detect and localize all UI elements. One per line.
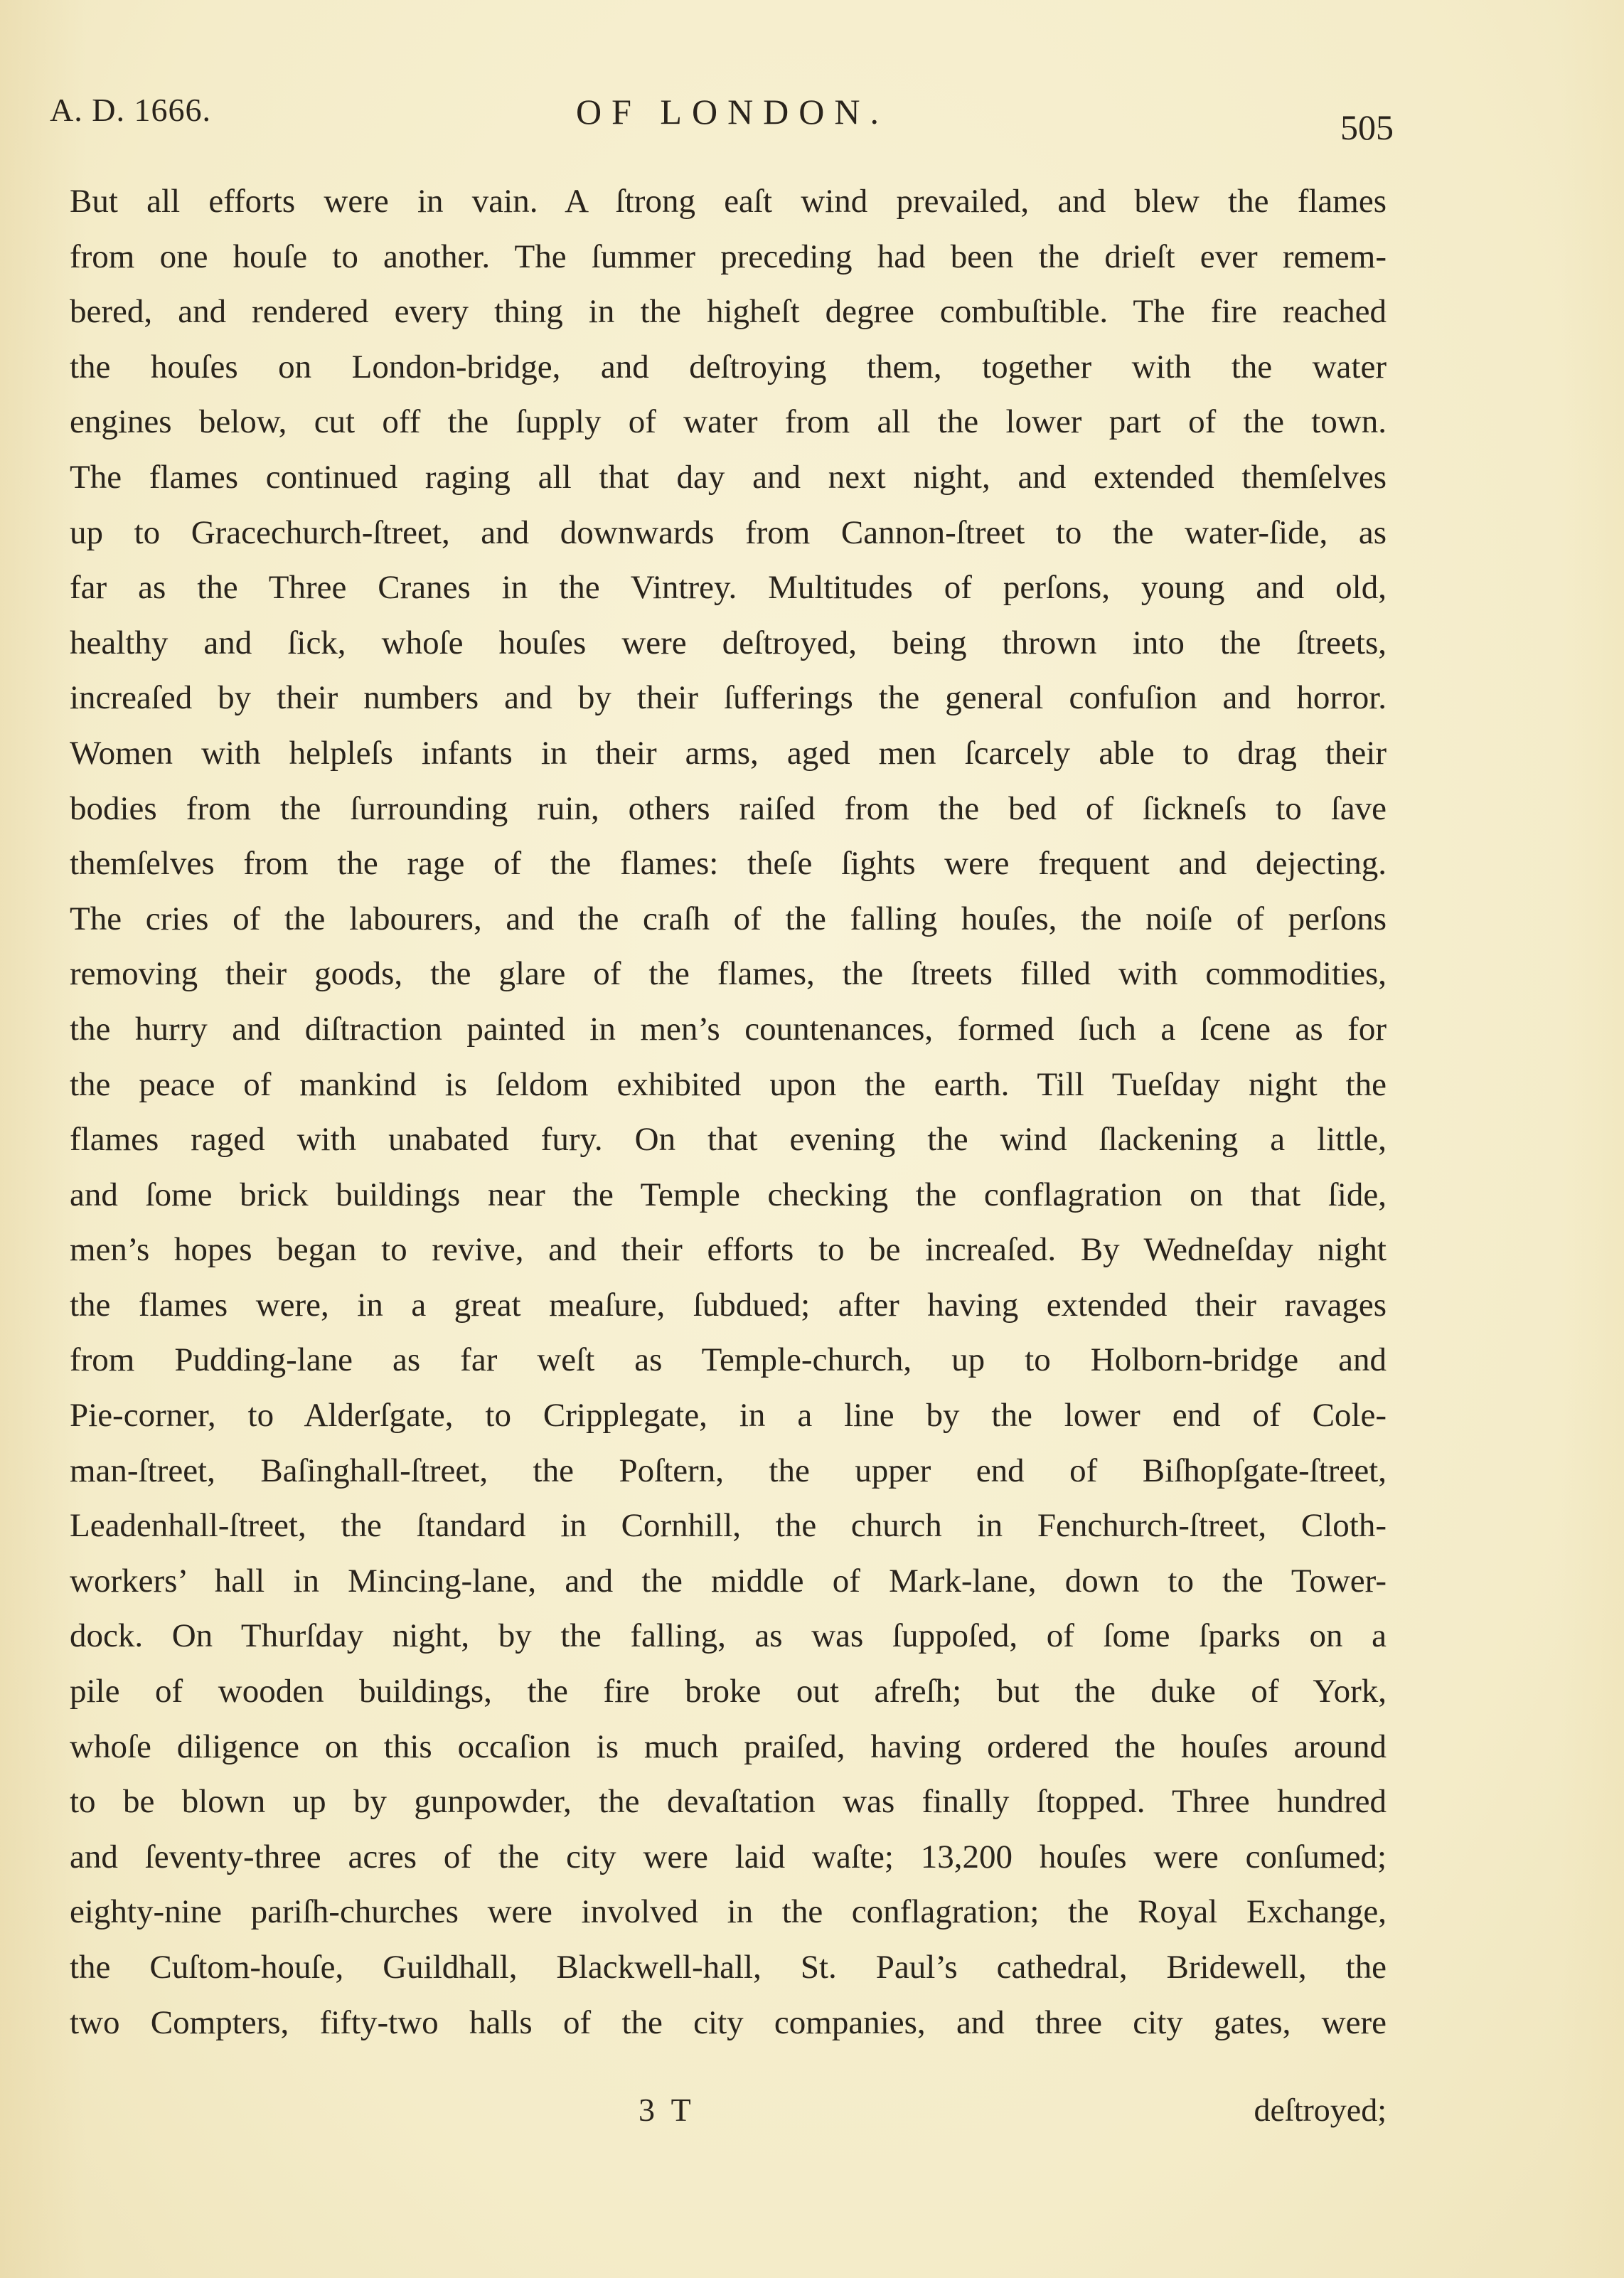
text-line: themſelves from the rage of the flames: …: [70, 836, 1387, 892]
text-line: the houſes on London-bridge, and deſtroy…: [70, 340, 1387, 395]
text-line: Pie-corner, to Alderſgate, to Cripplegat…: [70, 1388, 1387, 1444]
body-text: But all efforts were in vain. A ſtrong e…: [70, 174, 1387, 2050]
text-line: the hurry and diſtraction painted in men…: [70, 1002, 1387, 1058]
text-line: the peace of mankind is ſeldom exhibited…: [70, 1058, 1387, 1113]
text-line: the Cuſtom-houſe, Guildhall, Blackwell-h…: [70, 1940, 1387, 1996]
text-line: far as the Three Cranes in the Vintrey. …: [70, 560, 1387, 616]
text-line: and ſeventy-three acres of the city were…: [70, 1830, 1387, 1885]
text-line: eighty-nine pariſh-churches were involve…: [70, 1885, 1387, 1940]
page-number: 505: [1340, 107, 1394, 148]
page-footer: 3 T deſtroyed;: [70, 2091, 1387, 2141]
text-line: flames raged with unabated fury. On that…: [70, 1112, 1387, 1168]
text-line: bered, and rendered every thing in the h…: [70, 284, 1387, 340]
text-line: workers’ hall in Mincing-lane, and the m…: [70, 1554, 1387, 1609]
text-line: up to Gracechurch-ſtreet, and downwards …: [70, 506, 1387, 561]
text-line: The flames continued raging all that day…: [70, 450, 1387, 506]
signature-mark: 3 T: [639, 2091, 695, 2129]
text-line: dock. On Thurſday night, by the falling,…: [70, 1609, 1387, 1664]
text-line: Women with helpleſs infants in their arm…: [70, 726, 1387, 782]
text-line: the flames were, in a great meaſure, ſub…: [70, 1278, 1387, 1334]
text-line: and ſome brick buildings near the Temple…: [70, 1168, 1387, 1223]
text-line: increaſed by their numbers and by their …: [70, 671, 1387, 726]
text-line: from one houſe to another. The ſummer pr…: [70, 230, 1387, 285]
text-line: from Pudding-lane as far weſt as Temple-…: [70, 1333, 1387, 1388]
text-line: whoſe diligence on this occaſion is much…: [70, 1720, 1387, 1775]
catchword: deſtroyed;: [1254, 2091, 1387, 2129]
book-page: A. D. 1666. OF LONDON. 505 But all effor…: [0, 0, 1624, 2278]
running-head: A. D. 1666. OF LONDON. 505: [50, 91, 1394, 148]
text-line: man-ſtreet, Baſinghall-ſtreet, the Poſte…: [70, 1444, 1387, 1499]
running-head-title: OF LONDON.: [576, 91, 889, 132]
text-line: engines below, cut off the ſupply of wat…: [70, 395, 1387, 450]
text-line: The cries of the labourers, and the craſ…: [70, 892, 1387, 947]
text-line: pile of wooden buildings, the fire broke…: [70, 1664, 1387, 1720]
text-line: men’s hopes began to revive, and their e…: [70, 1223, 1387, 1278]
text-line: Leadenhall-ſtreet, the ſtandard in Cornh…: [70, 1499, 1387, 1554]
text-line: But all efforts were in vain. A ſtrong e…: [70, 174, 1387, 230]
text-line: to be blown up by gunpowder, the devaſta…: [70, 1774, 1387, 1830]
text-line: bodies from the ſurrounding ruin, others…: [70, 782, 1387, 837]
text-line: two Compters, fifty-two halls of the cit…: [70, 1996, 1387, 2051]
text-line: removing their goods, the glare of the f…: [70, 947, 1387, 1002]
running-head-date: A. D. 1666.: [50, 91, 211, 129]
text-line: healthy and ſick, whoſe houſes were deſt…: [70, 616, 1387, 671]
